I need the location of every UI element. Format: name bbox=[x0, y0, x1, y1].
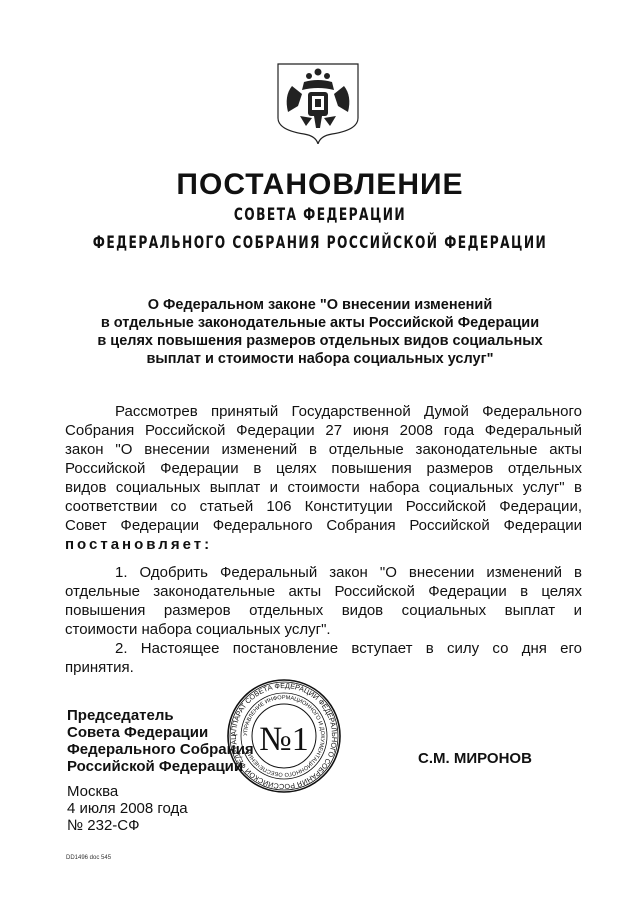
signatory-name: С.М. МИРОНОВ bbox=[418, 750, 532, 767]
issue-details: Москва 4 июля 2008 года № 232-СФ bbox=[67, 783, 188, 834]
issuer-line-1: СОВЕТА ФЕДЕРАЦИИ bbox=[90, 205, 551, 225]
issue-date: 4 июля 2008 года bbox=[67, 800, 188, 817]
point-line: 2. Настоящее постановление вступает в си… bbox=[65, 639, 582, 658]
footer-code: DD1496 doc 545 bbox=[66, 855, 111, 861]
preamble-line: Собрания Российской Федерации 27 июня 20… bbox=[65, 421, 582, 440]
preamble-line: Российской Федерации в целях повышения р… bbox=[65, 459, 582, 478]
preamble-line: Рассмотрев принятый Государственной Думо… bbox=[65, 402, 582, 421]
preamble-line: закон "О внесении изменений в отдельные … bbox=[65, 440, 582, 459]
heading-line: в целях повышения размеров отдельных вид… bbox=[90, 332, 550, 350]
resolves-word: постановляет: bbox=[65, 535, 582, 554]
preamble-line: видов социальных выплат и стоимости набо… bbox=[65, 478, 582, 497]
preamble-line: соответствии со статьей 106 Конституции … bbox=[65, 497, 582, 516]
resolution-points: 1. Одобрить Федеральный закон "О внесени… bbox=[65, 563, 582, 677]
point-line: 1. Одобрить Федеральный закон "О внесени… bbox=[65, 563, 582, 582]
issue-number: № 232-СФ bbox=[67, 817, 188, 834]
point-line: повышения размеров отдельных видов социа… bbox=[65, 601, 582, 620]
heading-line: в отдельные законодательные акты Российс… bbox=[90, 314, 550, 332]
point-line: отдельные законодательные акты Российско… bbox=[65, 582, 582, 601]
preamble-paragraph: Рассмотрев принятый Государственной Думо… bbox=[65, 402, 582, 554]
issue-city: Москва bbox=[67, 783, 188, 800]
point-line: принятия. bbox=[65, 658, 582, 677]
heading-line: выплат и стоимости набора социальных усл… bbox=[90, 350, 550, 368]
heading-line: О Федеральном законе "О внесении изменен… bbox=[90, 296, 550, 314]
coat-of-arms-icon bbox=[274, 60, 362, 144]
official-seal-stamp: АППАРАТ СОВЕТА ФЕДЕРАЦИИ ФЕДЕРАЛЬНОГО СО… bbox=[226, 678, 342, 794]
resolution-heading: О Федеральном законе "О внесении изменен… bbox=[90, 296, 550, 368]
point-line: стоимости набора социальных услуг". bbox=[65, 620, 582, 639]
document-title: ПОСТАНОВЛЕНИЕ bbox=[0, 168, 640, 202]
seal-number: №1 bbox=[259, 721, 308, 758]
preamble-line: Совет Федерации Федерального Собрания Ро… bbox=[65, 516, 582, 535]
issuer-line-2: ФЕДЕРАЛЬНОГО СОБРАНИЯ РОССИЙСКОЙ ФЕДЕРАЦ… bbox=[90, 233, 551, 253]
